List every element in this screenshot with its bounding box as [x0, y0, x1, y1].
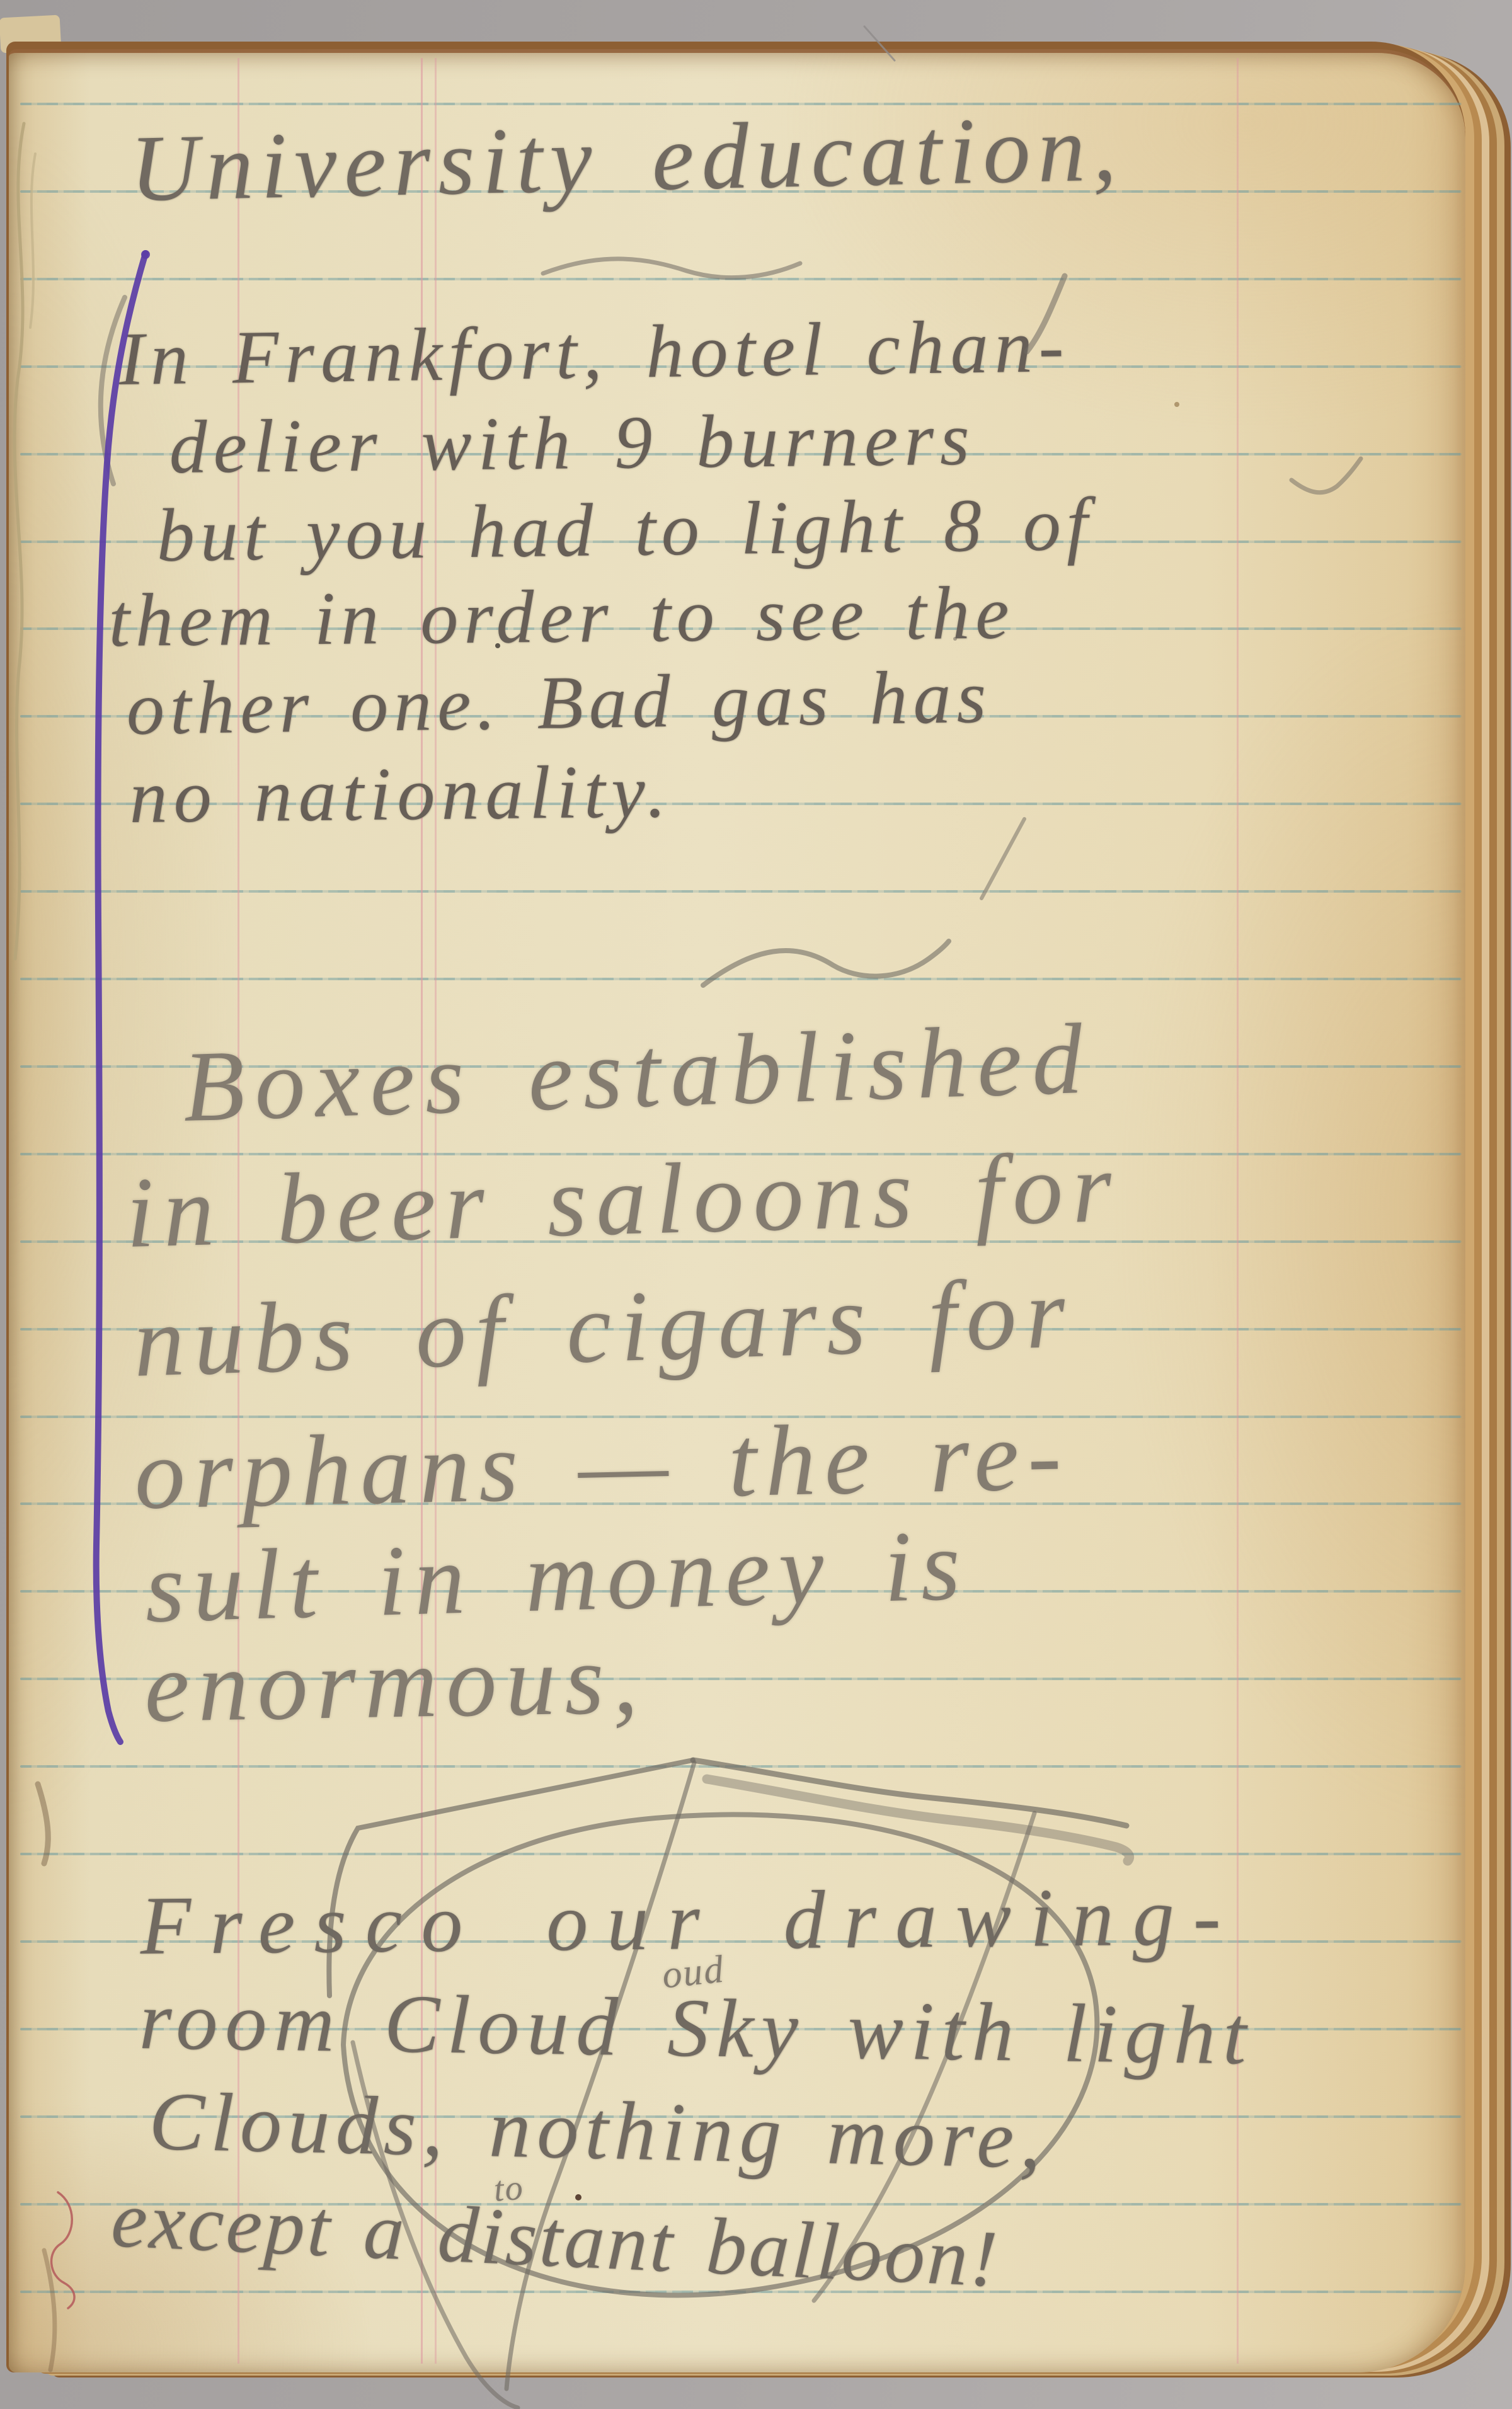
handwriting-line: other one. Bad gas has — [126, 659, 992, 747]
handwriting-line: University education, — [129, 101, 1125, 216]
handwriting-line: nubs of cigars for — [132, 1262, 1076, 1392]
handwriting-line: sult in money is — [144, 1514, 970, 1637]
inserted-word: to — [493, 2170, 525, 2207]
handwriting-layer: University education,In Frankfort, hotel… — [0, 0, 1512, 2409]
handwriting-line: In Frankfort, hotel chan- — [118, 308, 1070, 397]
scanned-notebook-photo: University education,In Frankfort, hotel… — [0, 0, 1512, 2409]
handwriting-line: no nationality. — [129, 753, 673, 835]
handwriting-line: Clouds, nothing more, — [148, 2080, 1048, 2182]
handwriting-line: Boxes established — [181, 1008, 1094, 1137]
handwriting-line: but you had to light 8 of — [156, 486, 1094, 573]
handwriting-line: them in order to see the — [108, 575, 1015, 658]
handwriting-line: orphans — the re- — [134, 1404, 1071, 1525]
handwriting-line: enormous, — [144, 1628, 648, 1737]
handwriting-line: room Cloud Sky with light — [139, 1979, 1254, 2078]
handwriting-line: delier with 9 burners — [169, 401, 976, 485]
handwriting-line: in beer saloons for — [125, 1136, 1122, 1263]
inserted-word: oud — [660, 1950, 726, 1995]
handwriting-line: except a distant balloon! — [110, 2178, 1001, 2299]
